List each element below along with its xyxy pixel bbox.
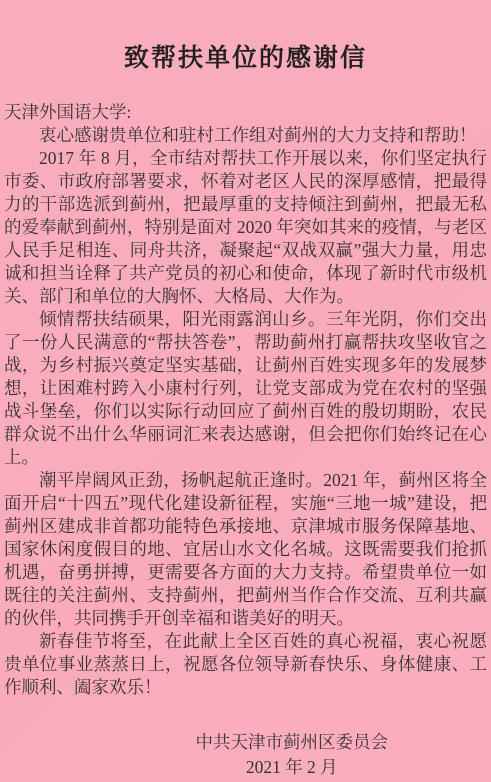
letter-paragraph: 潮平岸阔风正劲，扬帆起航正逢时。2021 年，蓟州区将全面开启“十四五”现代化建… [4, 469, 487, 630]
letter-paragraph: 衷心感谢贵单位和驻村工作组对蓟州的大力支持和帮助！ [4, 124, 487, 147]
letter-greeting: 天津外国语大学: [4, 101, 487, 124]
letter-body: 天津外国语大学: 衷心感谢贵单位和驻村工作组对蓟州的大力支持和帮助！ 2017 … [4, 101, 487, 699]
signature-organization: 中共天津市蓟州区委员会 [196, 730, 389, 755]
signature-date: 2021 年 2 月 [196, 755, 389, 780]
letter-title: 致帮扶单位的感谢信 [4, 45, 487, 71]
signature-block: 中共天津市蓟州区委员会 2021 年 2 月 [196, 730, 389, 780]
letter-paragraph: 2017 年 8 月，全市结对帮扶工作开展以来，你们坚定执行市委、市政府部署要求… [4, 147, 487, 308]
letter-paragraph: 倾情帮扶结硕果，阳光雨露润山乡。三年光阴，你们交出了一份人民满意的“帮扶答卷”，… [4, 308, 487, 469]
letter-page: 致帮扶单位的感谢信 天津外国语大学: 衷心感谢贵单位和驻村工作组对蓟州的大力支持… [0, 0, 491, 782]
letter-paragraph: 新春佳节将至，在此献上全区百姓的真心祝福，衷心祝愿贵单位事业蒸蒸日上，祝愿各位领… [4, 630, 487, 699]
